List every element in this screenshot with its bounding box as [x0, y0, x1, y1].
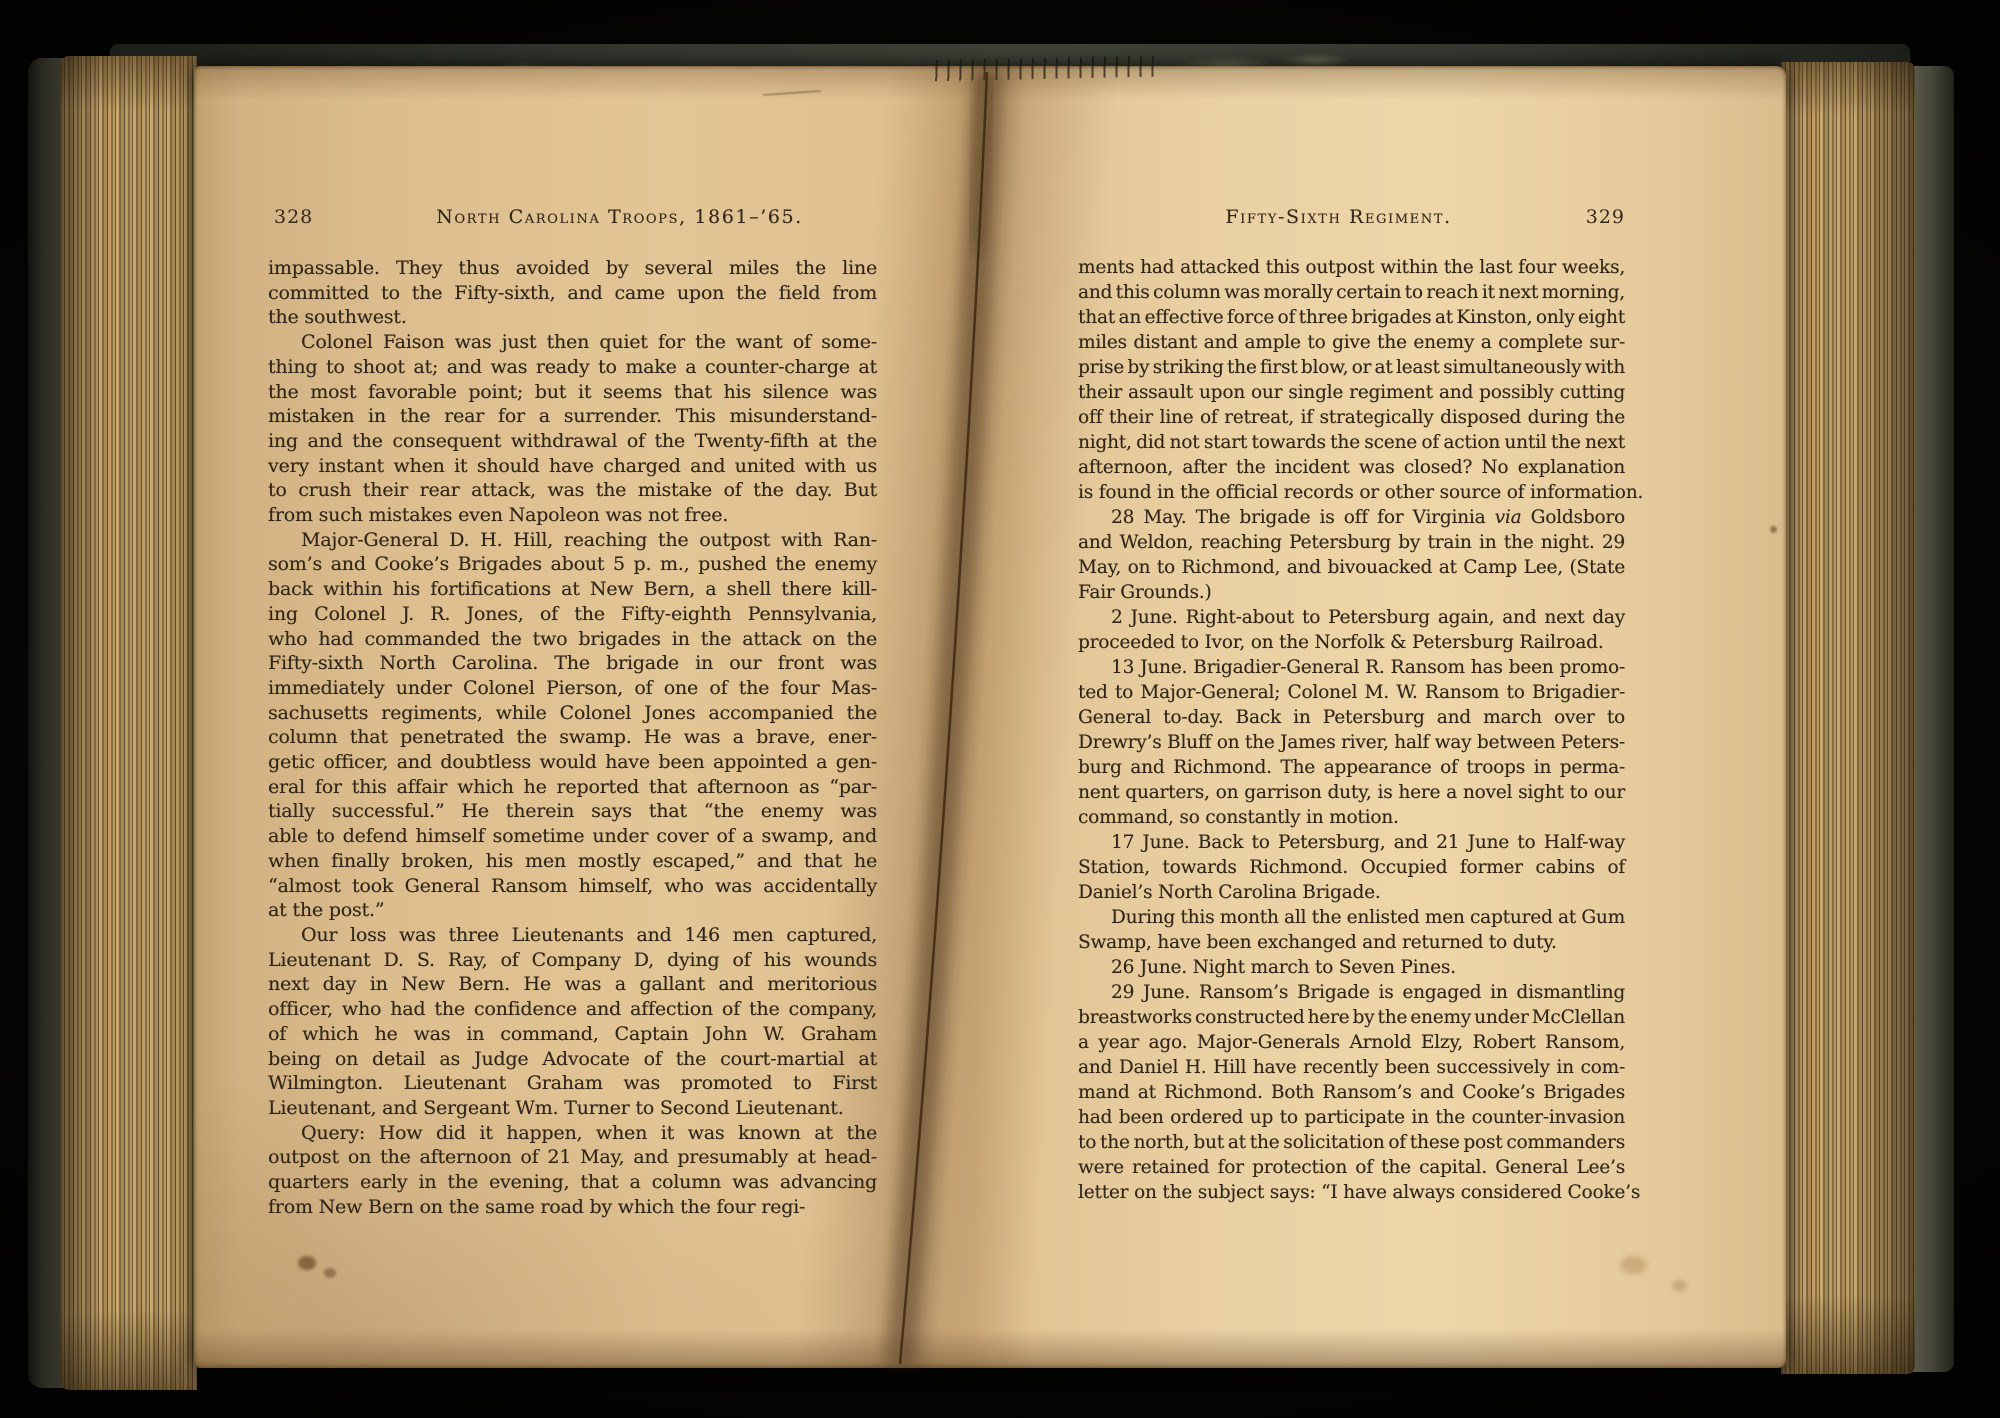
text-line-content: that an effective force of three brigade… [1078, 307, 1625, 328]
text-line-content: officer, who had the confidence and affe… [268, 998, 877, 1020]
text-line: letter on the subject says: “I have alwa… [1078, 1180, 1625, 1205]
text-line-content: 17 June. Back to Petersburg, and 21 June… [1111, 832, 1625, 853]
text-line: a year ago. Major-Generals Arnold Elzy, … [1078, 1030, 1625, 1055]
text-line: Our loss was three Lieutenants and 146 m… [268, 923, 877, 948]
text-line-content: ing Colonel J. R. Jones, of the Fifty-ei… [268, 603, 877, 625]
text-line: the southwest. [268, 305, 877, 330]
text-line: when finally broken, his men mostly esca… [268, 849, 877, 874]
text-line: 29 June. Ransom’s Brigade is engaged in … [1078, 980, 1625, 1005]
text-line-content: eral for this affair which he reported t… [268, 776, 877, 798]
text-line: were retained for protection of the capi… [1078, 1155, 1625, 1180]
text-line: off their line of retreat, if strategica… [1078, 405, 1625, 430]
text-line: sachusetts regiments, while Colonel Jone… [268, 701, 877, 726]
text-line-content: Wilmington. Lieutenant Graham was promot… [268, 1072, 877, 1094]
text-line-content: tially successful.” He therein says that… [268, 800, 877, 822]
text-line-content: ments had attacked this outpost within t… [1078, 257, 1625, 278]
text-line: prise by striking the first blow, or at … [1078, 355, 1625, 380]
text-line: mistaken in the rear for a surrender. Th… [268, 404, 877, 429]
text-line: Swamp, have been exchanged and returned … [1078, 930, 1625, 955]
text-line: nent quarters, on garrison duty, is here… [1078, 780, 1625, 805]
page-stack-left-edge [60, 56, 197, 1390]
left-page-header: 328 North Carolina Troops, 1861–’65. [268, 206, 877, 236]
page-number-right: 329 [1586, 206, 1625, 228]
text-line: quarters early in the evening, that a co… [268, 1170, 877, 1195]
text-line: and this column was morally certain to r… [1078, 280, 1625, 305]
text-line-content: at the post.” [268, 899, 384, 921]
text-line-content: 13 June. Brigadier-General R. Ransom has… [1111, 657, 1625, 678]
text-line-content: immediately under Colonel Pierson, of on… [268, 677, 877, 699]
text-line-content: letter on the subject says: “I have alwa… [1078, 1182, 1640, 1203]
text-line: immediately under Colonel Pierson, of on… [268, 676, 877, 701]
text-line-content: sachusetts regiments, while Colonel Jone… [268, 702, 877, 724]
text-line-content: and Weldon, reaching Petersburg by train… [1078, 532, 1625, 553]
text-line: breastworks constructed here by the enem… [1078, 1005, 1625, 1030]
right-page-text: ments had attacked this outpost within t… [1078, 255, 1625, 1205]
text-line: miles distant and ample to give the enem… [1078, 330, 1625, 355]
text-line-content: column that penetrated the swamp. He was… [268, 726, 877, 748]
text-line: back within his fortifications at New Be… [268, 577, 877, 602]
text-line: May, on to Richmond, and bivouacked at C… [1078, 555, 1625, 580]
text-line-content: ing and the consequent withdrawal of the… [268, 430, 877, 452]
text-line-content: their assault upon our single regiment a… [1078, 382, 1625, 403]
text-line-content: Swamp, have been exchanged and returned … [1078, 932, 1557, 953]
text-line-content: to crush their rear attack, was the mist… [268, 479, 877, 501]
text-line: night, did not start towards the scene o… [1078, 430, 1625, 455]
text-line: outpost on the afternoon of 21 May, and … [268, 1145, 877, 1170]
text-line-content: Drewry’s Bluff on the James river, half … [1078, 732, 1625, 753]
text-line: Fifty-sixth North Carolina. The brigade … [268, 651, 877, 676]
text-line-content: very instant when it should have charged… [268, 455, 877, 477]
text-line: ing Colonel J. R. Jones, of the Fifty-ei… [268, 602, 877, 627]
text-line: command, so constantly in motion. [1078, 805, 1625, 830]
text-line: from New Bern on the same road by which … [268, 1195, 877, 1220]
text-line-content: and Daniel H. Hill have recently been su… [1078, 1057, 1625, 1078]
text-line-content: off their line of retreat, if strategica… [1078, 407, 1625, 428]
text-line: Daniel’s North Carolina Brigade. [1078, 880, 1625, 905]
text-line: is found in the official records or othe… [1078, 480, 1625, 505]
text-line: 2 June. Right-about to Petersburg again,… [1078, 605, 1625, 630]
text-line-content: Major-General D. H. Hill, reaching the o… [301, 529, 877, 551]
text-line-content: Lieutenant D. S. Ray, of Company D, dyin… [268, 949, 877, 971]
text-line-content: Fifty-sixth North Carolina. The brigade … [268, 652, 877, 674]
text-line-content: proceeded to Ivor, on the Norfolk & Pete… [1078, 632, 1604, 653]
text-line: and Daniel H. Hill have recently been su… [1078, 1055, 1625, 1080]
text-line-content: the most favorable point; but it seems t… [268, 381, 877, 403]
text-line-content: Fair Grounds.) [1078, 582, 1211, 603]
text-line: Station, towards Richmond. Occupied form… [1078, 855, 1625, 880]
text-line-content: impassable. They thus avoided by several… [268, 257, 877, 279]
text-line-content: when finally broken, his men mostly esca… [268, 850, 877, 872]
text-line-content: night, did not start towards the scene o… [1078, 432, 1625, 453]
text-line-content: were retained for protection of the capi… [1078, 1157, 1625, 1178]
text-line: tially successful.” He therein says that… [268, 799, 877, 824]
text-line-content: back within his fortifications at New Be… [268, 578, 877, 600]
open-book-photo: 328 North Carolina Troops, 1861–’65. Fif… [0, 0, 2000, 1418]
text-line-content: som’s and Cooke’s Brigades about 5 p. m.… [268, 553, 877, 575]
page-stack-right-edge [1781, 62, 1915, 1374]
running-title-right: Fifty-Sixth Regiment. [1078, 206, 1625, 228]
text-line: to crush their rear attack, was the mist… [268, 478, 877, 503]
text-line-content: getic officer, and doubtless would have … [268, 751, 877, 773]
text-line-content: burg and Richmond. The appearance of tro… [1078, 757, 1625, 778]
text-line: column that penetrated the swamp. He was… [268, 725, 877, 750]
book-cover-right-edge [1912, 66, 1954, 1372]
text-line: som’s and Cooke’s Brigades about 5 p. m.… [268, 552, 877, 577]
text-line-content: outpost on the afternoon of 21 May, and … [268, 1146, 877, 1168]
text-line-content: and this column was morally certain to r… [1078, 282, 1625, 303]
text-line: who had commanded the two brigades in th… [268, 627, 877, 652]
text-line-content: being on detail as Judge Advocate of the… [268, 1048, 877, 1070]
text-line-content: a year ago. Major-Generals Arnold Elzy, … [1078, 1032, 1625, 1053]
text-line: 13 June. Brigadier-General R. Ransom has… [1078, 655, 1625, 680]
text-line: Colonel Faison was just then quiet for t… [268, 330, 877, 355]
left-page-text: impassable. They thus avoided by several… [268, 256, 877, 1219]
text-line-content: 29 June. Ransom’s Brigade is engaged in … [1111, 982, 1625, 1003]
text-line-content: Daniel’s North Carolina Brigade. [1078, 882, 1381, 903]
text-line-content: afternoon, after the incident was closed… [1078, 457, 1625, 478]
text-line-content: 2 June. Right-about to Petersburg again,… [1111, 607, 1625, 628]
text-line: “almost took General Ransom himself, who… [268, 874, 877, 899]
text-line: afternoon, after the incident was closed… [1078, 455, 1625, 480]
text-line-content: prise by striking the first blow, or at … [1078, 357, 1625, 378]
text-line-content: breastworks constructed here by the enem… [1078, 1007, 1625, 1028]
text-line-content: May, on to Richmond, and bivouacked at C… [1078, 557, 1625, 578]
text-line: from such mistakes even Napoleon was not… [268, 503, 877, 528]
text-line: thing to shoot at; and was ready to make… [268, 355, 877, 380]
text-line-content: Lieutenant, and Sergeant Wm. Turner to S… [268, 1097, 844, 1119]
text-line-content: from New Bern on the same road by which … [268, 1196, 805, 1218]
text-line: at the post.” [268, 898, 877, 923]
text-line-content: who had commanded the two brigades in th… [268, 628, 877, 650]
text-line: eral for this affair which he reported t… [268, 775, 877, 800]
text-line: 17 June. Back to Petersburg, and 21 June… [1078, 830, 1625, 855]
text-line: next day in New Bern. He was a gallant a… [268, 972, 877, 997]
text-line: Drewry’s Bluff on the James river, half … [1078, 730, 1625, 755]
text-line: ted to Major-General; Colonel M. W. Rans… [1078, 680, 1625, 705]
text-line-content: had been ordered up to participate in th… [1078, 1107, 1625, 1128]
running-title-left: North Carolina Troops, 1861–’65. [268, 206, 877, 228]
text-line-content: mistaken in the rear for a surrender. Th… [268, 405, 877, 427]
text-line: of which he was in command, Captain John… [268, 1022, 877, 1047]
text-line-content: “almost took General Ransom himself, who… [268, 875, 877, 897]
text-line-content: of which he was in command, Captain John… [268, 1023, 877, 1045]
text-line-content: During this month all the enlisted men c… [1111, 907, 1625, 928]
text-line: mand at Richmond. Both Ransom’s and Cook… [1078, 1080, 1625, 1105]
text-line: Fair Grounds.) [1078, 580, 1625, 605]
text-line-content: from such mistakes even Napoleon was not… [268, 504, 728, 526]
text-line-content: quarters early in the evening, that a co… [268, 1171, 877, 1193]
text-line: proceeded to Ivor, on the Norfolk & Pete… [1078, 630, 1625, 655]
text-line: 26 June. Night march to Seven Pines. [1078, 955, 1625, 980]
text-line: impassable. They thus avoided by several… [268, 256, 877, 281]
text-line-content: General to-day. Back in Petersburg and m… [1078, 707, 1625, 728]
text-line-content: able to defend himself sometime under co… [268, 825, 877, 847]
text-line-content: Station, towards Richmond. Occupied form… [1078, 857, 1625, 878]
text-line: that an effective force of three brigade… [1078, 305, 1625, 330]
page-number-left: 328 [274, 206, 313, 228]
text-line-content: nent quarters, on garrison duty, is here… [1078, 782, 1625, 803]
text-line: being on detail as Judge Advocate of the… [268, 1047, 877, 1072]
text-line: committed to the Fifty-sixth, and came u… [268, 281, 877, 306]
text-line: the most favorable point; but it seems t… [268, 380, 877, 405]
text-line-content: the southwest. [268, 306, 407, 328]
text-line-content: command, so constantly in motion. [1078, 807, 1399, 828]
text-line: getic officer, and doubtless would have … [268, 750, 877, 775]
text-line-content: committed to the Fifty-sixth, and came u… [268, 282, 877, 304]
text-line-content: mand at Richmond. Both Ransom’s and Cook… [1078, 1082, 1625, 1103]
text-line: to the north, but at the solicitation of… [1078, 1130, 1625, 1155]
text-line: During this month all the enlisted men c… [1078, 905, 1625, 930]
text-line-content: Colonel Faison was just then quiet for t… [301, 331, 877, 353]
text-line-content: Query: How did it happen, when it was kn… [301, 1122, 877, 1144]
text-line: Lieutenant, and Sergeant Wm. Turner to S… [268, 1096, 877, 1121]
text-line: Query: How did it happen, when it was kn… [268, 1121, 877, 1146]
text-line-content: Our loss was three Lieutenants and 146 m… [301, 924, 877, 946]
text-line-content: miles distant and ample to give the enem… [1078, 332, 1625, 353]
text-line: burg and Richmond. The appearance of tro… [1078, 755, 1625, 780]
text-line: very instant when it should have charged… [268, 454, 877, 479]
text-line-content: 26 June. Night march to Seven Pines. [1111, 957, 1456, 978]
text-line: officer, who had the confidence and affe… [268, 997, 877, 1022]
text-line: had been ordered up to participate in th… [1078, 1105, 1625, 1130]
text-line: General to-day. Back in Petersburg and m… [1078, 705, 1625, 730]
text-line: ments had attacked this outpost within t… [1078, 255, 1625, 280]
text-line-content: is found in the official records or othe… [1078, 482, 1643, 503]
text-line-content: next day in New Bern. He was a gallant a… [268, 973, 877, 995]
text-line: Major-General D. H. Hill, reaching the o… [268, 528, 877, 553]
text-line-content: ted to Major-General; Colonel M. W. Rans… [1078, 682, 1625, 703]
text-line-content: 28 May. The brigade is off for Virginia … [1111, 507, 1625, 528]
text-line: Lieutenant D. S. Ray, of Company D, dyin… [268, 948, 877, 973]
text-line: Wilmington. Lieutenant Graham was promot… [268, 1071, 877, 1096]
text-line-content: thing to shoot at; and was ready to make… [268, 356, 877, 378]
text-line: ing and the consequent withdrawal of the… [268, 429, 877, 454]
text-line: 28 May. The brigade is off for Virginia … [1078, 505, 1625, 530]
text-line-content: to the north, but at the solicitation of… [1078, 1132, 1625, 1153]
right-page-header: Fifty-Sixth Regiment. 329 [1078, 206, 1625, 236]
text-line: their assault upon our single regiment a… [1078, 380, 1625, 405]
text-line: able to defend himself sometime under co… [268, 824, 877, 849]
text-line: and Weldon, reaching Petersburg by train… [1078, 530, 1625, 555]
